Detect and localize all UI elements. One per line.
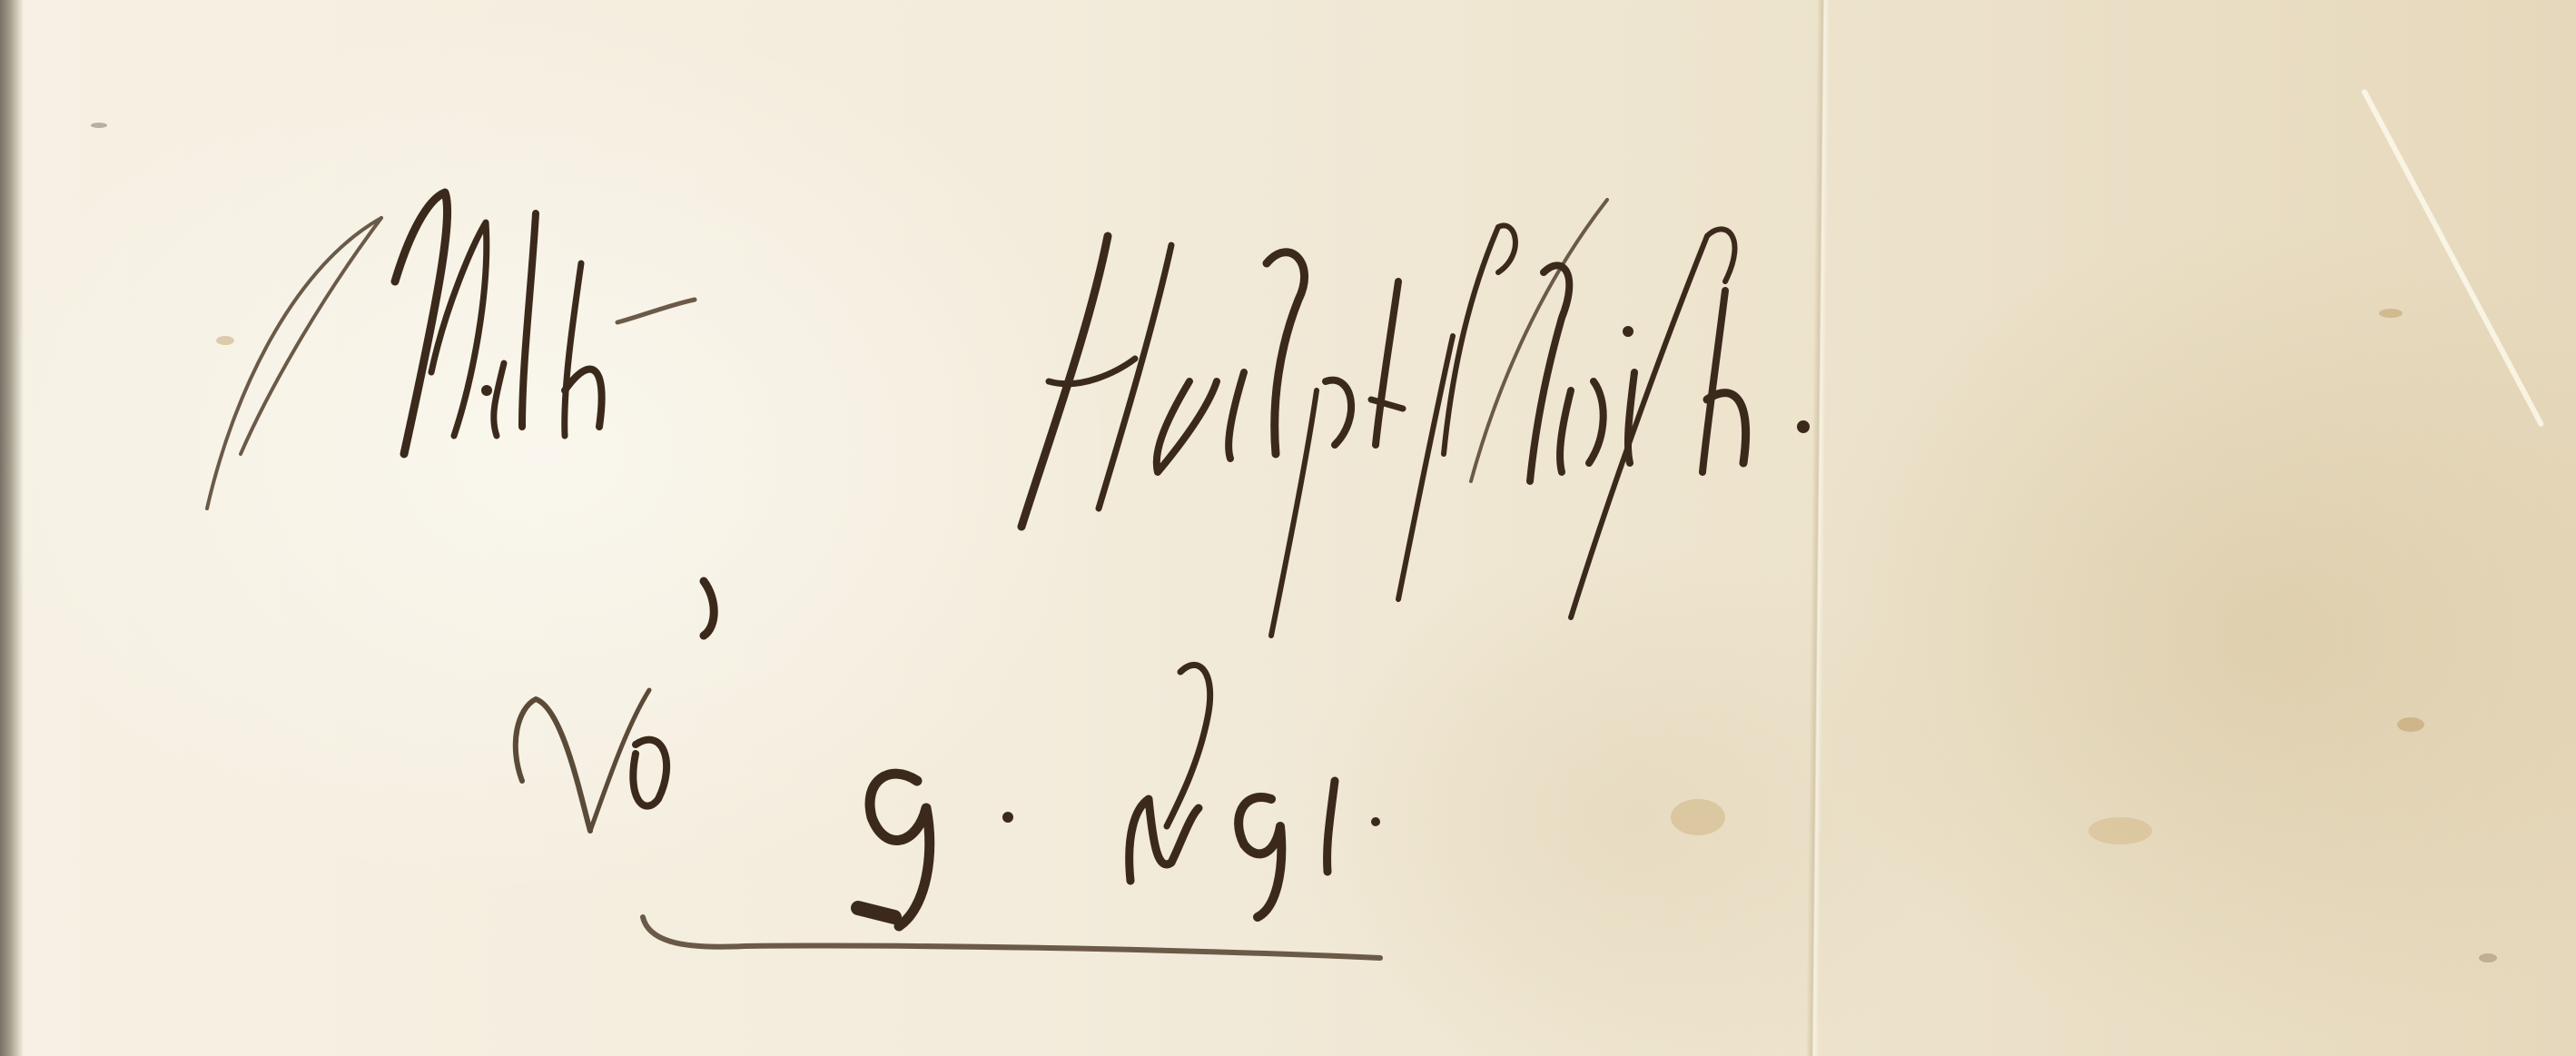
word-haubtfleisch	[1022, 200, 1810, 636]
word-melch	[207, 192, 695, 508]
paper-sheet: Melch: Haubtfleisch· N° 9· Aug 1·	[0, 0, 2576, 1056]
handwriting-ink	[0, 0, 2576, 1056]
line-number-date	[516, 581, 1380, 958]
